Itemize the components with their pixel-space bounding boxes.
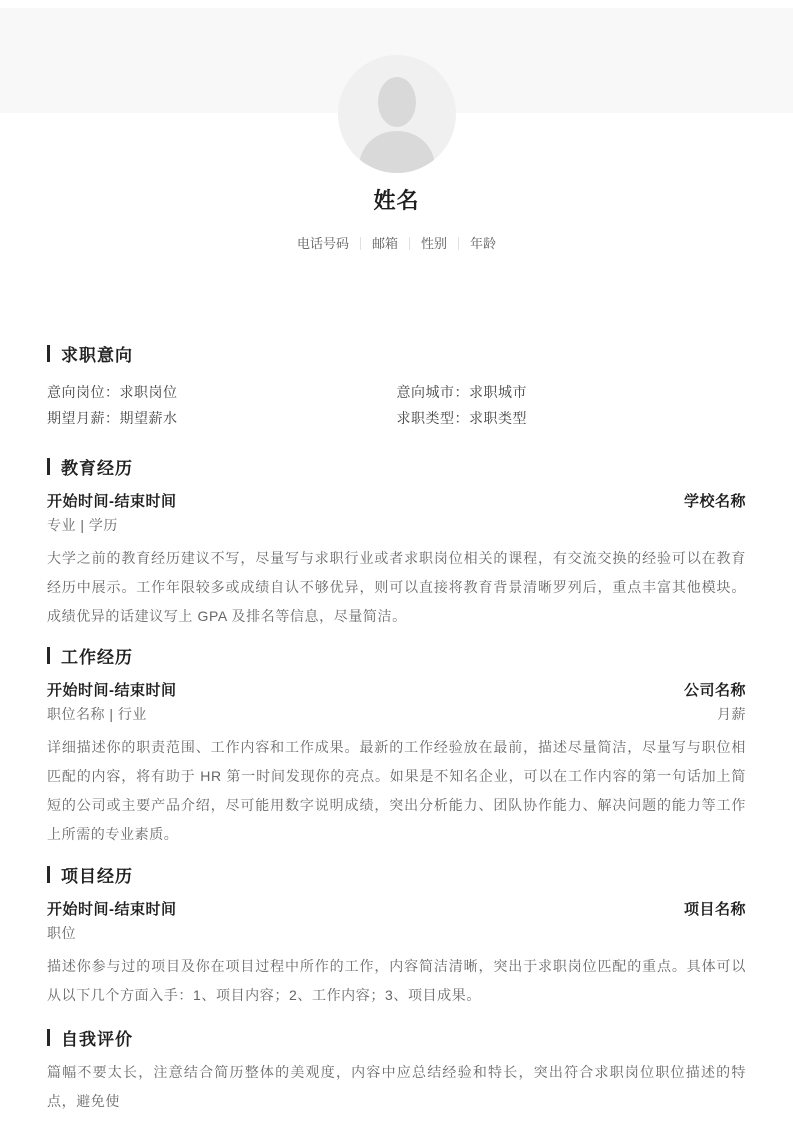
contact-row: 电话号码邮箱性别年龄 [0,235,793,250]
contact-age: 年龄 [458,237,507,250]
section-header-self-evaluation: 自我评价 [47,1025,746,1049]
section-title-work: 工作经历 [61,643,133,668]
section-bar [47,1029,50,1046]
intent-value: 期望薪水 [120,410,178,426]
section-header-education: 教育经历 [47,454,746,478]
self-evaluation-description: 篇幅不要太长，注意结合简历整体的美观度，内容中应总结经验和特长，突出符合求职岗位… [47,1058,746,1116]
intent-field-position: 意向岗位：求职岗位 [47,382,397,402]
section-header-intent: 求职意向 [47,341,746,365]
work-position-industry: 职位名称 | 行业 [47,704,147,724]
intent-grid: 意向岗位：求职岗位 意向城市：求职城市 期望月薪：期望薪水 求职类型：求职类型 [47,382,746,428]
intent-field-city: 意向城市：求职城市 [397,382,747,402]
contact-phone: 电话号码 [286,237,360,250]
education-description: 大学之前的教育经历建议不写，尽量写与求职行业或者求职岗位相关的课程，有交流交换的… [47,544,746,631]
project-description: 描述你参与过的项目及你在项目过程中所作的工作，内容简洁清晰，突出于求职岗位匹配的… [47,952,746,1010]
section-bar [47,866,50,883]
contact-gender: 性别 [409,237,458,250]
project-name: 项目名称 [684,900,746,920]
avatar [338,55,456,173]
work-description: 详细描述你的职责范围、工作内容和工作成果。最新的工作经验放在最前，描述尽量简洁，… [47,733,746,849]
intent-label: 期望月薪： [47,410,120,426]
section-project: 项目经历 开始时间-结束时间 项目名称 职位 描述你参与过的项目及你在项目过程中… [47,862,746,1010]
project-subline-row: 职位 [47,923,746,943]
work-subline-row: 职位名称 | 行业 月薪 [47,704,746,724]
resume-content: 求职意向 意向岗位：求职岗位 意向城市：求职城市 期望月薪：期望薪水 求职类型：… [0,341,793,1116]
section-intent: 求职意向 意向岗位：求职岗位 意向城市：求职城市 期望月薪：期望薪水 求职类型：… [47,341,746,428]
section-title-project: 项目经历 [61,862,133,887]
intent-value: 求职岗位 [120,384,178,400]
intent-label: 意向岗位： [47,384,120,400]
project-dates: 开始时间-结束时间 [47,900,177,920]
work-headline-row: 开始时间-结束时间 公司名称 [47,681,746,701]
intent-field-type: 求职类型：求职类型 [397,408,747,428]
intent-label: 意向城市： [397,384,470,400]
project-role: 职位 [47,923,76,943]
education-school: 学校名称 [684,492,746,512]
education-dates: 开始时间-结束时间 [47,492,177,512]
resume-page: { "colors": { "band_bg": "#f8f8f8", "hea… [0,0,793,1122]
section-bar [47,345,50,362]
work-monthly-salary: 月薪 [717,704,746,724]
section-title-self-evaluation: 自我评价 [61,1025,133,1050]
section-title-intent: 求职意向 [61,341,133,366]
intent-value: 求职城市 [469,384,527,400]
header-hero [0,0,793,113]
education-major-degree: 专业 | 学历 [47,515,118,535]
project-headline-row: 开始时间-结束时间 项目名称 [47,900,746,920]
section-self-evaluation: 自我评价 篇幅不要太长，注意结合简历整体的美观度，内容中应总结经验和特长，突出符… [47,1025,746,1116]
intent-label: 求职类型： [397,410,470,426]
section-work: 工作经历 开始时间-结束时间 公司名称 职位名称 | 行业 月薪 详细描述你的职… [47,643,746,849]
intent-value: 求职类型 [469,410,527,426]
section-header-work: 工作经历 [47,643,746,667]
work-dates: 开始时间-结束时间 [47,681,177,701]
work-company: 公司名称 [684,681,746,701]
person-silhouette-icon [338,55,456,173]
education-headline-row: 开始时间-结束时间 学校名称 [47,492,746,512]
section-header-project: 项目经历 [47,862,746,886]
education-subline-row: 专业 | 学历 [47,515,746,535]
section-bar [47,458,50,475]
section-title-education: 教育经历 [61,454,133,479]
contact-email: 邮箱 [360,237,409,250]
section-bar [47,647,50,664]
candidate-name: 姓名 [0,188,793,214]
section-education: 教育经历 开始时间-结束时间 学校名称 专业 | 学历 大学之前的教育经历建议不… [47,454,746,631]
intent-field-salary: 期望月薪：期望薪水 [47,408,397,428]
